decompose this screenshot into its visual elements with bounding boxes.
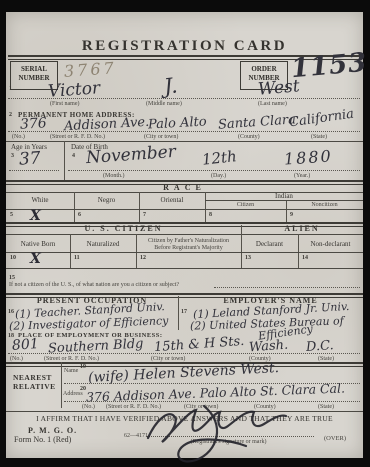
address-line — [8, 131, 360, 132]
dob-year-value: 1880 — [284, 148, 334, 167]
field-3-number: 3 — [11, 153, 14, 159]
relative-divider — [61, 362, 62, 408]
race-indian-noncitizen-num: 9 — [290, 212, 293, 218]
field-4-number: 4 — [72, 153, 75, 159]
nearest-relative-label-2: RELATIVE — [13, 383, 56, 391]
field-16-number: 16 — [8, 309, 14, 315]
naturalized-num: 11 — [74, 255, 80, 261]
dob-day-caption: (Day.) — [211, 173, 226, 179]
name-line — [8, 98, 360, 99]
naturalized-label: Naturalized — [70, 241, 136, 248]
non-declarant-label: Non-declarant — [298, 241, 363, 248]
cit-v4 — [298, 234, 299, 268]
dob-year-caption: (Year.) — [294, 173, 310, 179]
address-county-value: Santa Clara — [218, 113, 297, 131]
dob-day-value: 12th — [201, 149, 237, 168]
race-oriental-label: Oriental — [139, 197, 205, 204]
address-street-caption: (Street or R. F. D. No.) — [50, 134, 105, 140]
relative-name-label: Name — [64, 368, 78, 374]
declarant-label: Declarant — [241, 241, 298, 248]
employment-state-value: D.C. — [306, 339, 335, 354]
last-name-value: West — [257, 78, 300, 99]
dob-month-value: November — [86, 144, 177, 167]
citizen-table-top — [6, 234, 363, 235]
native-born-mark: X — [30, 252, 41, 266]
middle-name-caption: (Middle name) — [146, 101, 182, 107]
age-dob-divider — [64, 141, 65, 180]
address-city-value: Palo Alto — [148, 115, 207, 131]
age-line — [9, 170, 59, 171]
employment-no-value: 801 — [12, 337, 40, 353]
field-1-number: 1 — [9, 86, 12, 92]
race-indian-noncitizen-label: Noncitizen — [286, 202, 363, 208]
dob-month-caption: (Month.) — [103, 173, 125, 179]
registration-card: REGISTRATION CARD SERIAL NUMBER 3767 ORD… — [6, 12, 363, 458]
address-state-caption: (State) — [311, 134, 327, 140]
employment-line — [8, 353, 360, 354]
non-declarant-num: 14 — [302, 255, 308, 261]
serial-number-value: 3767 — [64, 60, 118, 80]
address-county-caption: (County) — [238, 134, 260, 140]
first-name-caption: (First name) — [50, 101, 80, 107]
field-17-number: 17 — [181, 309, 187, 315]
pmgo-label: P. M. G. O. — [28, 427, 77, 435]
address-no-value: 376 — [20, 116, 47, 131]
field-19-number: 19 — [80, 364, 86, 370]
order-number-value: 1153 — [290, 50, 368, 83]
employment-county-value: Wash. — [249, 339, 289, 355]
race-heading: RACE — [6, 184, 363, 192]
citizen-table-mid — [6, 252, 363, 253]
nation-answer-line — [214, 287, 360, 288]
field-2-number: 2 — [9, 112, 12, 118]
field-15-number: 15 — [9, 275, 15, 281]
race-indian-citizen-label: Citizen — [205, 202, 286, 208]
address-state-value: California — [288, 108, 354, 130]
cit-v1 — [70, 234, 71, 268]
declarant-num: 13 — [245, 255, 251, 261]
middle-name-value: J. — [163, 75, 179, 97]
form-number-label: Form No. 1 (Red) — [14, 436, 71, 444]
father-naturalization-num: 12 — [140, 255, 146, 261]
relative-no-caption: (No.) — [82, 404, 95, 410]
native-born-num: 10 — [10, 255, 16, 261]
native-born-label: Native Born — [6, 241, 70, 248]
race-negro-num: 6 — [78, 212, 81, 218]
race-white-num: 5 — [10, 212, 13, 218]
nearest-relative-label-1: NEAREST — [13, 374, 52, 382]
race-table-mid — [6, 209, 363, 210]
race-indian-subline — [205, 200, 363, 201]
race-indian-label: Indian — [205, 193, 363, 200]
address-no-caption: (No.) — [12, 134, 25, 140]
registrant-signature-scrawl — [134, 400, 294, 467]
over-label: (OVER) — [324, 436, 346, 443]
nation-question: If not a citizen of the U. S., of what n… — [9, 282, 179, 288]
alien-header: ALIEN — [241, 225, 363, 233]
row-divider-1 — [6, 141, 363, 142]
dob-line — [68, 170, 360, 171]
address-city-caption: (City or town) — [144, 134, 178, 140]
race-negro-label: Negro — [74, 197, 139, 204]
last-name-caption: (Last name) — [258, 101, 287, 107]
us-citizen-header: U. S. CITIZEN — [6, 225, 241, 233]
race-oriental-num: 7 — [143, 212, 146, 218]
relative-state-caption: (State) — [318, 404, 334, 410]
occupation-divider — [178, 296, 179, 330]
father-naturalization-label-1: Citizen by Father's Naturalization — [136, 238, 241, 244]
father-naturalization-label-2: Before Registrant's Majority — [136, 245, 241, 251]
race-indian-citizen-num: 8 — [209, 212, 212, 218]
race-white-label: White — [6, 197, 74, 204]
citizen-table-bottom — [6, 268, 363, 269]
age-value: 37 — [18, 150, 41, 168]
employment-city-value: 15th & H Sts. — [154, 335, 245, 354]
race-white-mark: X — [30, 209, 41, 223]
